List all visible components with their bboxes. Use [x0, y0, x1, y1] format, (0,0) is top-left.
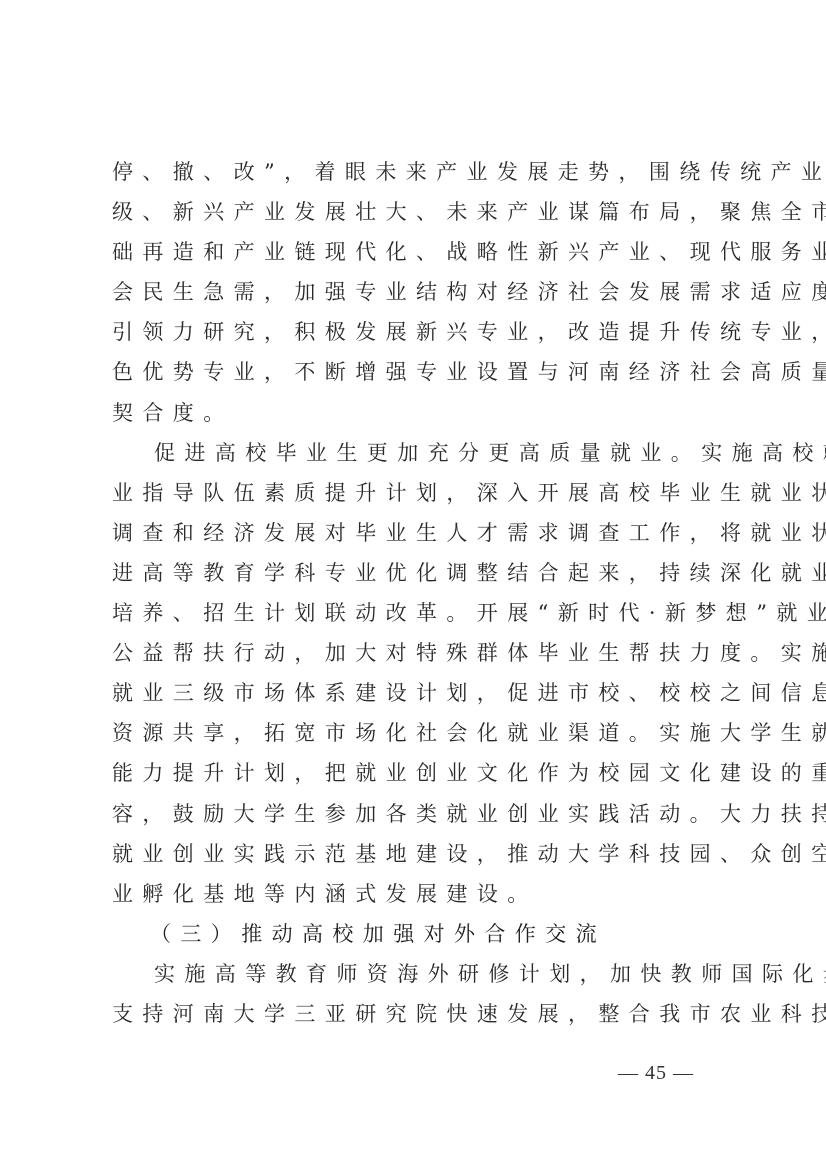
text-line: 就业创业实践示范基地建设，推动大学科技园、众创空间、创	[112, 834, 728, 874]
text-line: 促进高校毕业生更加充分更高质量就业。实施高校就业创	[112, 433, 728, 473]
text-line: 业孵化基地等内涵式发展建设。	[112, 874, 728, 914]
text-line: 引领力研究，积极发展新兴专业，改造提升传统专业，打造特	[112, 312, 728, 352]
text-line: 契合度。	[112, 393, 728, 433]
text-line: 实施高等教育师资海外研修计划，加快教师国际化步伐。	[112, 954, 728, 994]
paragraph-curriculum-adjustment: 停、撤、改”，着眼未来产业发展走势，围绕传统产业改造升 级、新兴产业发展壮大、未…	[112, 152, 728, 433]
text-line: 能力提升计划，把就业创业文化作为校园文化建设的重要内	[112, 753, 728, 793]
text-line: 色优势专业，不断增强专业设置与河南经济社会高质量发展的	[112, 352, 728, 392]
text-line: 业指导队伍素质提升计划，深入开展高校毕业生就业状况跟踪	[112, 473, 728, 513]
text-line: 培养、招生计划联动改革。开展“新时代·新梦想”就业创业	[112, 593, 728, 633]
text-line: 就业三级市场体系建设计划，促进市校、校校之间信息互通、	[112, 673, 728, 713]
text-line: 资源共享，拓宽市场化社会化就业渠道。实施大学生就业创业	[112, 713, 728, 753]
paragraph-graduate-employment: 促进高校毕业生更加充分更高质量就业。实施高校就业创 业指导队伍素质提升计划，深入…	[112, 433, 728, 914]
text-line: 进高等教育学科专业优化调整结合起来，持续深化就业与人才	[112, 553, 728, 593]
text-line: 停、撤、改”，着眼未来产业发展走势，围绕传统产业改造升	[112, 152, 728, 192]
text-line: 容，鼓励大学生参加各类就业创业实践活动。大力扶持大学生	[112, 794, 728, 834]
page-number: — 45 —	[618, 1062, 694, 1085]
section-heading-text: （三）推动高校加强对外合作交流	[112, 914, 728, 954]
section-heading: （三）推动高校加强对外合作交流	[112, 914, 728, 954]
document-page: 停、撤、改”，着眼未来产业发展走势，围绕传统产业改造升 级、新兴产业发展壮大、未…	[0, 0, 826, 1169]
document-body: 停、撤、改”，着眼未来产业发展走势，围绕传统产业改造升 级、新兴产业发展壮大、未…	[112, 152, 728, 1034]
text-line: 调查和经济发展对毕业生人才需求调查工作，将就业状况同推	[112, 513, 728, 553]
text-line: 级、新兴产业发展壮大、未来产业谋篇布局，聚焦全市产业基	[112, 192, 728, 232]
text-line: 础再造和产业链现代化、战略性新兴产业、现代服务业以及社	[112, 232, 728, 272]
text-line: 公益帮扶行动，加大对特殊群体毕业生帮扶力度。实施大学生	[112, 633, 728, 673]
text-line: 支持河南大学三亚研究院快速发展，整合我市农业科技领域力	[112, 994, 728, 1034]
paragraph-international-cooperation: 实施高等教育师资海外研修计划，加快教师国际化步伐。 支持河南大学三亚研究院快速发…	[112, 954, 728, 1034]
text-line: 会民生急需，加强专业结构对经济社会发展需求适应度、支撑	[112, 272, 728, 312]
